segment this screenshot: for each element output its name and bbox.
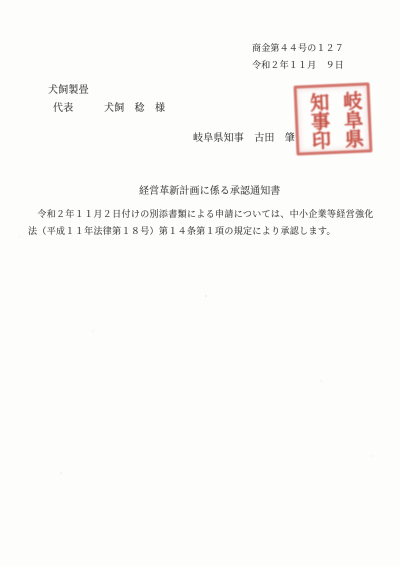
body-line-2: 法（平成１１年法律第１８号）第１４条第１項の規定により承認します。: [28, 223, 380, 240]
addressee-company: 犬飼製畳: [48, 81, 89, 96]
governor-seal-text: 岐阜県知事印: [297, 86, 370, 153]
document-page: 商金第４４号の１２７ 令和２年１１月 ９日 犬飼製畳 代表 犬飼 稔 様 岐阜県…: [0, 0, 400, 566]
document-title: 経営革新計画に係る承認通知書: [139, 182, 280, 197]
governor-seal-stamp: 岐阜県知事印: [294, 82, 373, 155]
body-paragraph: 令和２年１１月２日付けの別添書類による申請については、中小企業等経営強化 法（平…: [28, 206, 380, 239]
document-number: 商金第４４号の１２７: [252, 41, 344, 54]
body-line-1: 令和２年１１月２日付けの別添書類による申請については、中小企業等経営強化: [28, 206, 380, 223]
seal-left-column: 知事印: [307, 92, 330, 150]
scan-speckles: [0, 0, 2, 2]
addressee-representative: 代表 犬飼 稔 様: [53, 99, 165, 114]
document-date: 令和２年１１月 ９日: [252, 58, 344, 71]
sender-governor-line: 岐阜県知事 古田 肇: [193, 129, 295, 144]
seal-right-column: 岐阜県: [340, 90, 363, 148]
